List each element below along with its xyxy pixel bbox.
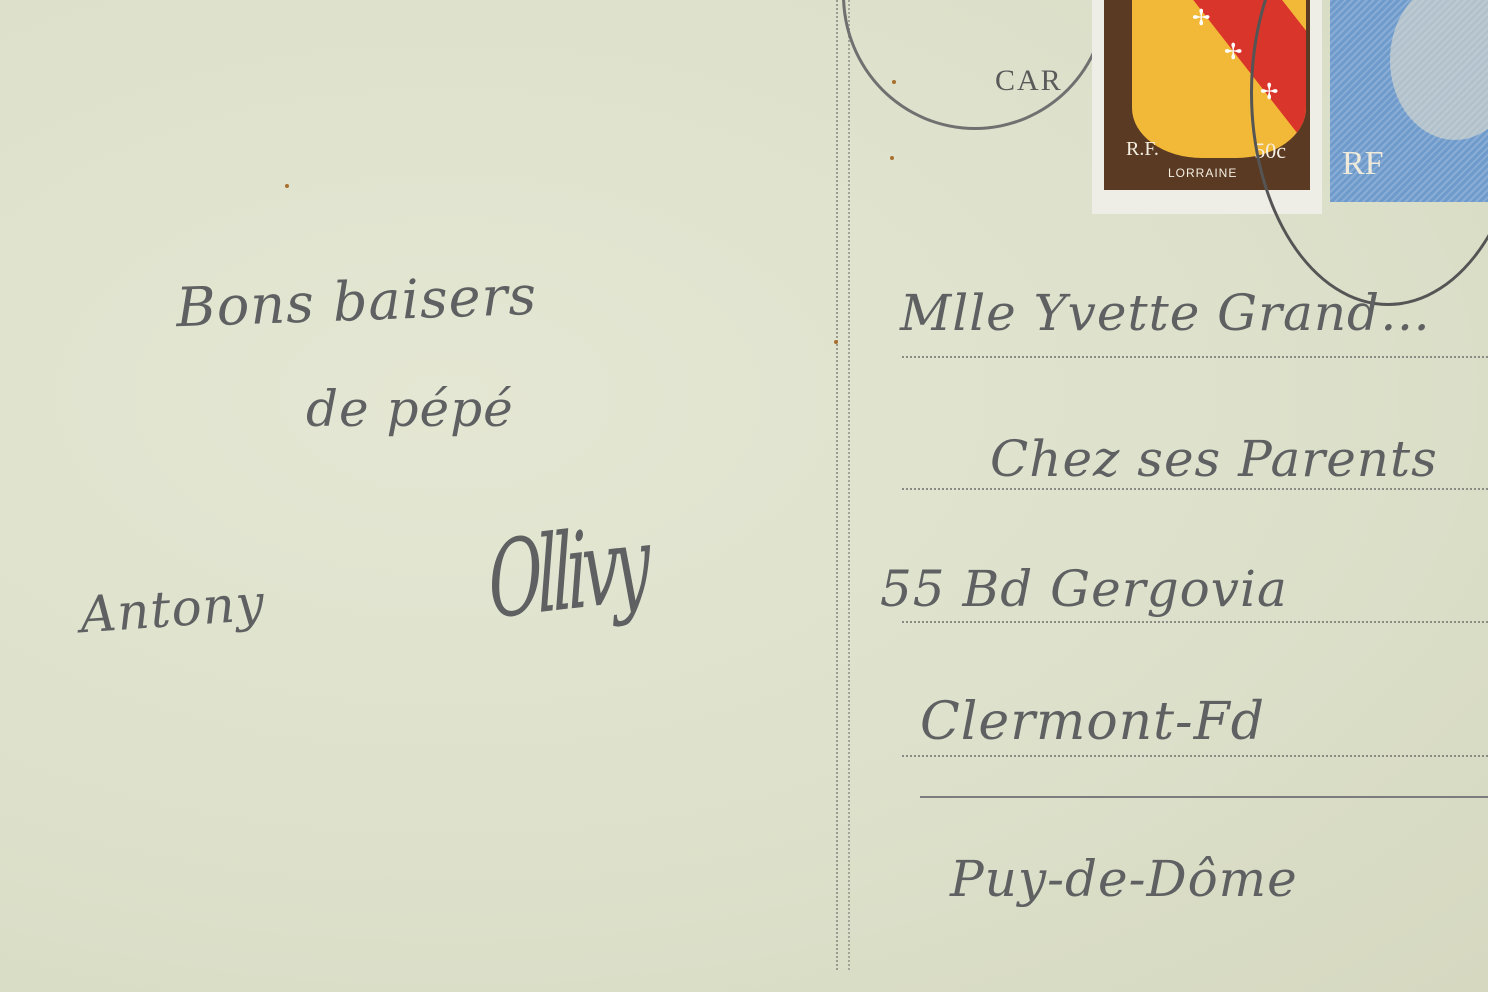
address-line-2: Chez ses Parents (990, 430, 1438, 488)
foxing-spot (892, 80, 896, 84)
postmark-circle-right (1250, 0, 1488, 306)
foxing-spot (285, 184, 289, 188)
address-line-5: Puy-de-Dôme (950, 850, 1298, 908)
signature-name: Antony (78, 574, 267, 645)
eaglet-icon: ✢ (1192, 6, 1210, 31)
address-rule-4 (902, 755, 1488, 757)
center-divider (836, 0, 850, 970)
postcard-back: Bons baisers de pépé Antony Ollivy CAR ✢… (0, 0, 1488, 992)
signature-scrawl: Ollivy (486, 503, 647, 643)
eaglet-icon: ✢ (1224, 40, 1242, 65)
postmark-text: CAR (995, 64, 1063, 98)
address-line-1: Mlle Yvette Grand… (900, 284, 1431, 342)
stamp-country: R.F. (1126, 138, 1159, 161)
foxing-spot (890, 156, 894, 160)
message-line-1: Bons baisers (175, 264, 538, 340)
address-rule-1 (902, 356, 1488, 358)
address-line-3: 55 Bd Gergovia (880, 560, 1288, 618)
address-rule-3 (902, 621, 1488, 623)
address-underline (920, 796, 1488, 798)
address-line-4: Clermont-Fd (920, 692, 1265, 752)
address-rule-2 (902, 488, 1488, 490)
postmark-circle-left (842, 0, 1108, 130)
message-line-2: de pépé (306, 380, 514, 438)
stamp-name: LORRAINE (1168, 166, 1237, 180)
foxing-spot (834, 340, 838, 344)
